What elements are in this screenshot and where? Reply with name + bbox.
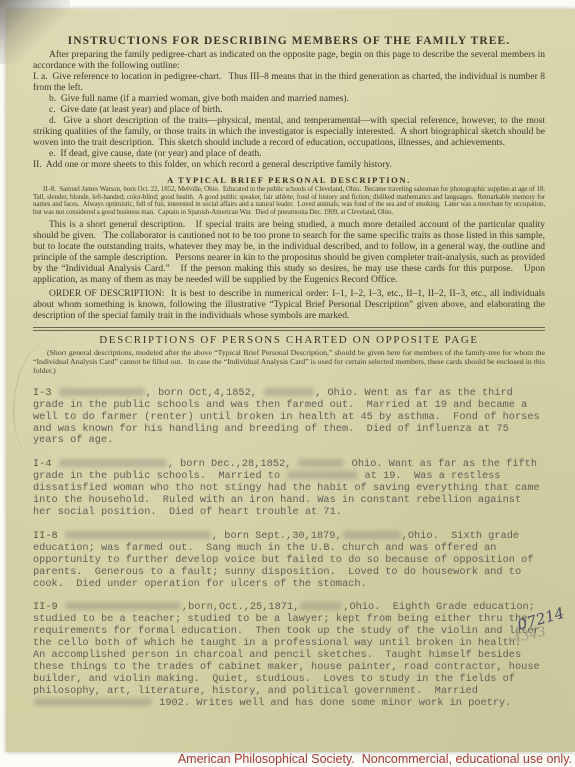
instruction-item-Ia: I. a. Give reference to location in pedi… bbox=[33, 72, 545, 94]
entry-text: , born Dec.,28,1852, bbox=[168, 458, 298, 470]
redacted-name bbox=[300, 602, 342, 610]
redacted-name bbox=[343, 531, 401, 539]
typed-entry: II-9 ,born,Oct.,25,1871,,Ohio. Eighth Gr… bbox=[33, 602, 545, 709]
descriptions-subnote: (Short general descriptions, modeled aft… bbox=[33, 348, 545, 375]
typical-description-text: II–8. Samuel James Watson, born Oct. 22,… bbox=[33, 186, 545, 217]
redacted-name bbox=[264, 388, 314, 396]
entry-id: II-8 bbox=[33, 530, 64, 542]
entry-text: ,Ohio. Eighth Grade education; studied t… bbox=[33, 601, 546, 696]
typical-description-heading: A TYPICAL BRIEF PERSONAL DESCRIPTION. bbox=[33, 175, 545, 185]
instruction-item-c: c. Give date (at least year) and place o… bbox=[33, 105, 545, 116]
descriptions-heading: DESCRIPTIONS OF PERSONS CHARTED ON OPPOS… bbox=[33, 334, 545, 347]
scanned-document-page: INSTRUCTIONS FOR DESCRIBING MEMBERS OF T… bbox=[0, 0, 575, 767]
redacted-name bbox=[298, 459, 344, 467]
entry-text: , born Oct,4,1852, bbox=[146, 387, 263, 399]
intro-paragraph: After preparing the family pedigree-char… bbox=[33, 50, 545, 72]
redacted-name bbox=[59, 459, 167, 467]
typed-entries: I-3 , born Oct,4,1852, , Ohio. Went as f… bbox=[33, 388, 545, 710]
document-paper: INSTRUCTIONS FOR DESCRIBING MEMBERS OF T… bbox=[6, 9, 575, 752]
typed-entry: I-4 , born Dec.,28,1852, Ohio. Want as f… bbox=[33, 459, 545, 519]
redacted-name bbox=[65, 531, 211, 539]
instruction-item-b: b. Give full name (if a married woman, g… bbox=[33, 94, 545, 105]
typed-entry: I-3 , born Oct,4,1852, , Ohio. Went as f… bbox=[33, 388, 545, 448]
section-divider-rule bbox=[33, 327, 545, 331]
entry-text: 1902. Writes well and has done some mino… bbox=[153, 697, 511, 709]
instruction-item-e: e. If dead, give cause, date (or year) a… bbox=[33, 149, 545, 160]
redacted-name bbox=[287, 471, 357, 479]
instruction-item-II: II. Add one or more sheets to this folde… bbox=[33, 160, 545, 171]
redacted-name bbox=[59, 388, 145, 396]
entry-id: I-4 bbox=[33, 458, 58, 470]
general-description-paragraph: This is a short general description. If … bbox=[33, 220, 545, 286]
page-title: INSTRUCTIONS FOR DESCRIBING MEMBERS OF T… bbox=[33, 35, 545, 48]
instruction-item-d: d. Give a short description of the trait… bbox=[33, 116, 545, 149]
redacted-name bbox=[65, 602, 181, 610]
redacted-name bbox=[34, 698, 152, 706]
order-of-description-paragraph: ORDER OF DESCRIPTION: It is best to desc… bbox=[33, 289, 545, 322]
typed-entry: II-8 , born Sept.,30,1879,,Ohio. Sixth g… bbox=[33, 531, 545, 591]
printed-instructions-section: INSTRUCTIONS FOR DESCRIBING MEMBERS OF T… bbox=[33, 35, 545, 375]
entry-text: , born Sept.,30,1879, bbox=[212, 530, 342, 542]
entry-id: I-3 bbox=[33, 387, 58, 399]
entry-id: II-9 bbox=[33, 601, 64, 613]
entry-text: ,born,Oct.,25,1871, bbox=[182, 601, 299, 613]
footer-credit: American Philosophical Society. Noncomme… bbox=[178, 752, 572, 766]
